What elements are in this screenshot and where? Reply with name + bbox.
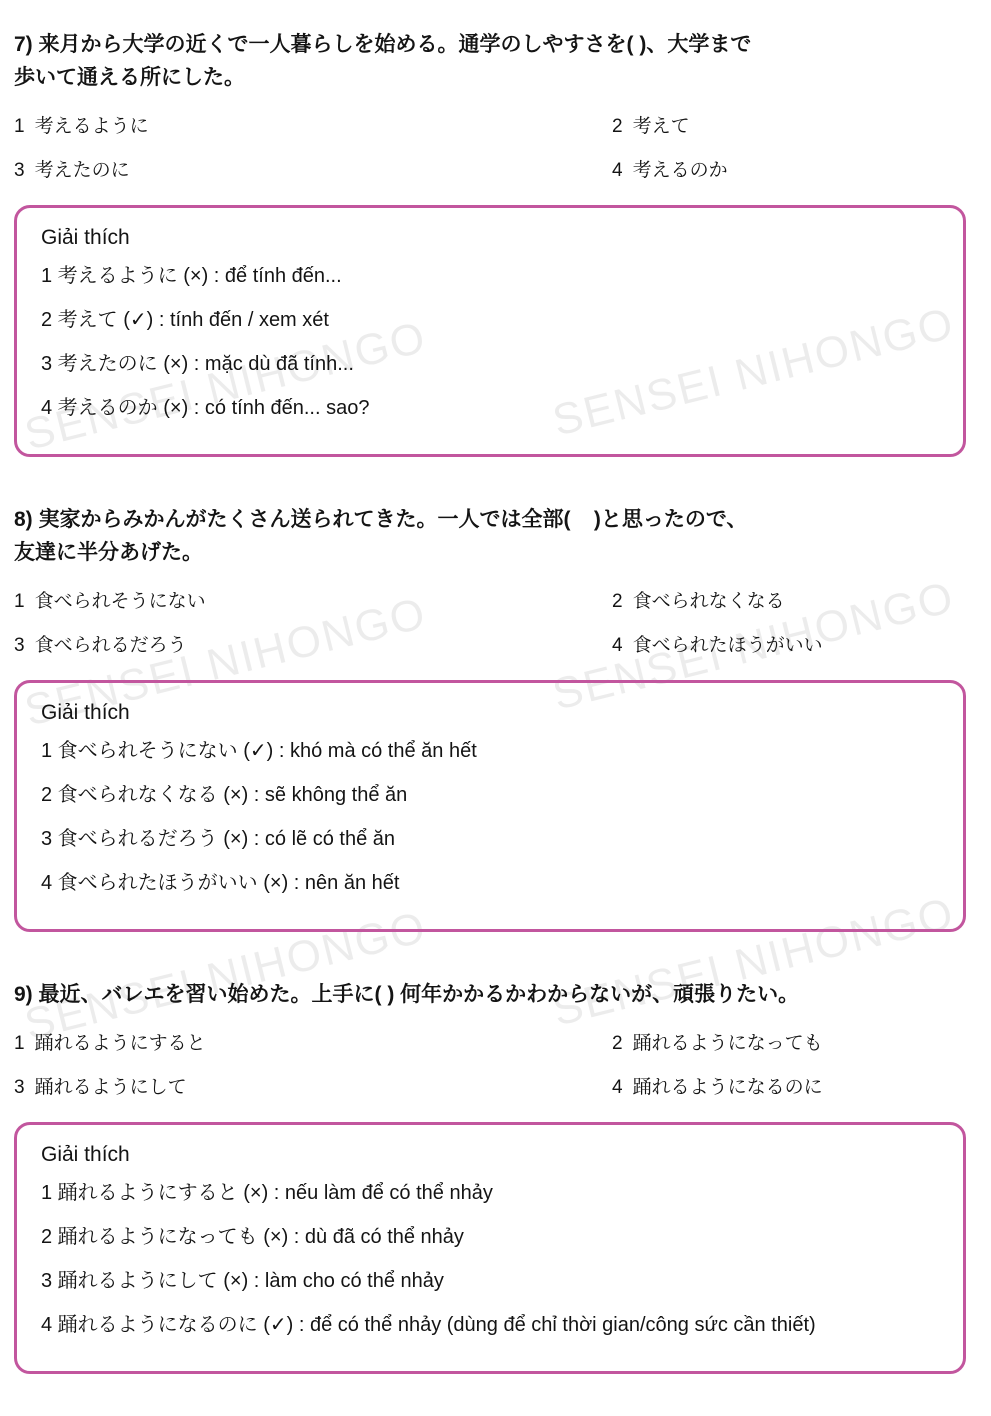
option-number: 1 xyxy=(14,591,25,612)
option-number: 1 xyxy=(14,116,25,137)
option-number: 2 xyxy=(612,1033,623,1054)
options-grid: 1食べられそうにない 2食べられなくなる 3食べられるだろう 4食べられたほうが… xyxy=(14,591,977,656)
option-label: 考えるように xyxy=(35,116,149,137)
question-text-line1: 8) 実家からみかんがたくさん送られてきた。一人では全部( )と思ったので、 xyxy=(14,503,977,536)
option-1: 1考えるように xyxy=(14,116,612,137)
option-label: 踊れるようになるのに xyxy=(633,1077,823,1098)
option-label: 食べられたほうがいい xyxy=(633,635,823,656)
explanation-item: 4 考えるのか (×) : có tính đến... sao? xyxy=(41,386,939,430)
option-number: 4 xyxy=(612,160,623,181)
option-label: 踊れるようになっても xyxy=(633,1033,823,1054)
option-label: 踊れるようにして xyxy=(35,1077,187,1098)
explanation-item: 3 踊れるようにして (×) : làm cho có thể nhảy xyxy=(41,1259,939,1303)
question-8: 8) 実家からみかんがたくさん送られてきた。一人では全部( )と思ったので、 友… xyxy=(14,503,977,932)
option-label: 考えるのか xyxy=(633,160,728,181)
question-text-line2: 歩いて通える所にした。 xyxy=(14,61,977,94)
option-number: 3 xyxy=(14,160,25,181)
explanation-title: Giải thích xyxy=(41,697,939,729)
option-number: 2 xyxy=(612,591,623,612)
question-text-line1: 9) 最近、バレエを習い始めた。上手に( ) 何年かかるかわからないが、頑張りた… xyxy=(14,978,977,1011)
explanation-item: 1 踊れるようにすると (×) : nếu làm để có thể nhảy xyxy=(41,1171,939,1215)
option-label: 踊れるようにすると xyxy=(35,1033,206,1054)
explanation-box: Giải thích 1 食べられそうにない (✓) : khó mà có t… xyxy=(14,680,966,932)
option-1: 1踊れるようにすると xyxy=(14,1033,612,1054)
explanation-item: 2 食べられなくなる (×) : sẽ không thể ăn xyxy=(41,773,939,817)
explanation-item: 3 考えたのに (×) : mặc dù đã tính... xyxy=(41,342,939,386)
question-9: 9) 最近、バレエを習い始めた。上手に( ) 何年かかるかわからないが、頑張りた… xyxy=(14,978,977,1374)
option-number: 3 xyxy=(14,1077,25,1098)
options-grid: 1踊れるようにすると 2踊れるようになっても 3踊れるようにして 4踊れるように… xyxy=(14,1033,977,1098)
question-text-line2: 友達に半分あげた。 xyxy=(14,536,977,569)
question-text-line1: 7) 来月から大学の近くで一人暮らしを始める。通学のしやすさを( )、大学まで xyxy=(14,28,977,61)
document-page: SENSEI NIHONGO SENSEI NIHONGO SENSEI NIH… xyxy=(0,0,991,1416)
explanation-item: 3 食べられるだろう (×) : có lẽ có thể ăn xyxy=(41,817,939,861)
explanation-box: Giải thích 1 考えるように (×) : để tính đến...… xyxy=(14,205,966,457)
option-label: 食べられるだろう xyxy=(35,635,187,656)
option-label: 食べられなくなる xyxy=(633,591,785,612)
explanation-item: 4 踊れるようになるのに (✓) : để có thể nhảy (dùng … xyxy=(41,1303,939,1347)
explanation-item: 1 考えるように (×) : để tính đến... xyxy=(41,254,939,298)
option-2: 2食べられなくなる xyxy=(612,591,977,612)
option-number: 2 xyxy=(612,116,623,137)
explanation-item: 1 食べられそうにない (✓) : khó mà có thể ăn hết xyxy=(41,729,939,773)
content-area: 7) 来月から大学の近くで一人暮らしを始める。通学のしやすさを( )、大学まで … xyxy=(0,0,991,1374)
option-4: 4食べられたほうがいい xyxy=(612,635,977,656)
option-2: 2踊れるようになっても xyxy=(612,1033,977,1054)
option-4: 4考えるのか xyxy=(612,160,977,181)
option-2: 2考えて xyxy=(612,116,977,137)
explanation-item: 2 考えて (✓) : tính đến / xem xét xyxy=(41,298,939,342)
option-number: 4 xyxy=(612,635,623,656)
option-number: 4 xyxy=(612,1077,623,1098)
question-7: 7) 来月から大学の近くで一人暮らしを始める。通学のしやすさを( )、大学まで … xyxy=(14,28,977,457)
option-label: 食べられそうにない xyxy=(35,591,206,612)
explanation-item: 4 食べられたほうがいい (×) : nên ăn hết xyxy=(41,861,939,905)
option-label: 考えて xyxy=(633,116,690,137)
option-3: 3考えたのに xyxy=(14,160,612,181)
explanation-item: 2 踊れるようになっても (×) : dù đã có thể nhảy xyxy=(41,1215,939,1259)
options-grid: 1考えるように 2考えて 3考えたのに 4考えるのか xyxy=(14,116,977,181)
option-4: 4踊れるようになるのに xyxy=(612,1077,977,1098)
explanation-title: Giải thích xyxy=(41,222,939,254)
explanation-box: Giải thích 1 踊れるようにすると (×) : nếu làm để … xyxy=(14,1122,966,1374)
explanation-title: Giải thích xyxy=(41,1139,939,1171)
option-3: 3踊れるようにして xyxy=(14,1077,612,1098)
option-1: 1食べられそうにない xyxy=(14,591,612,612)
option-3: 3食べられるだろう xyxy=(14,635,612,656)
option-label: 考えたのに xyxy=(35,160,130,181)
option-number: 3 xyxy=(14,635,25,656)
option-number: 1 xyxy=(14,1033,25,1054)
